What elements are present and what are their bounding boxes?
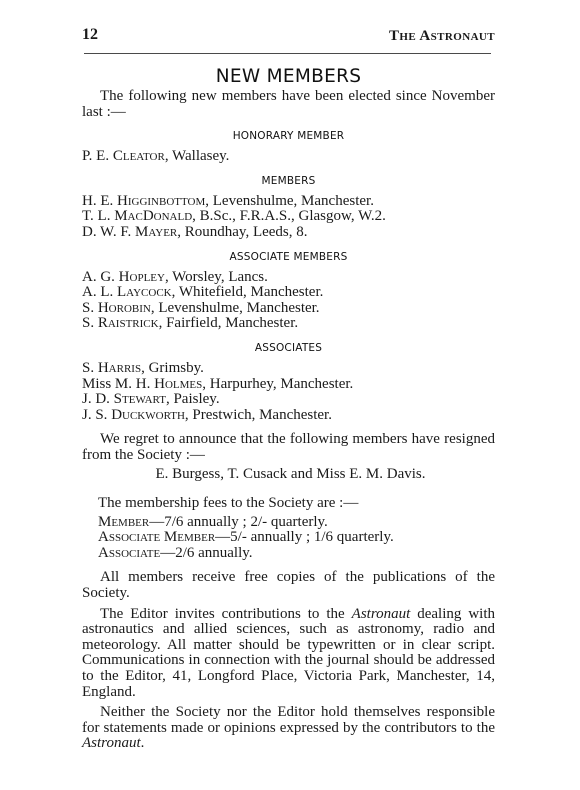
section-heading: HONORARY MEMBER [82,130,495,143]
member-entry: D. W. F. Mayer, Roundhay, Leeds, 8. [82,225,495,241]
member-surname: Horobin [98,300,151,316]
fee-category: Associate [98,545,160,561]
article: NEW MEMBERS The following new members ha… [82,66,495,752]
member-entry: A. G. Hopley, Worsley, Lancs. [82,270,495,286]
member-details: , Paisley. [166,391,220,407]
member-details: , Whitefield, Manchester. [172,284,324,300]
publications-note: All members receive free copies of the p… [82,570,495,601]
member-details: , Levenshulme, Manchester. [151,300,320,316]
fee-list: Member—7/6 annually ; 2/- quarterly. Ass… [82,515,495,562]
fee-entry: Associate Member—5/- annually ; 1/6 quar… [98,530,495,546]
disclaimer: Neither the Society nor the Editor hold … [82,705,495,752]
member-surname: Raistrick [98,315,159,331]
section-heading: ASSOCIATES [82,342,495,355]
disclaimer-text: . [141,735,145,751]
member-surname: Hopley [119,269,165,285]
section-honorary-member: HONORARY MEMBER P. E. Cleator, Wallasey. [82,130,495,165]
fee-amount: —7/6 annually ; 2/- quarterly. [149,514,328,530]
fee-entry: Member—7/6 annually ; 2/- quarterly. [98,515,495,531]
member-entry: S. Horobin, Levenshulme, Manchester. [82,301,495,317]
member-surname: Stewart [114,391,166,407]
member-initials: P. E. [82,148,113,164]
member-entry: T. L. MacDonald, B.Sc., F.R.A.S., Glasgo… [82,209,495,225]
page-number: 12 [82,26,98,44]
member-surname: Holmes [154,376,202,392]
member-surname: Duckworth [111,407,185,423]
member-details: , Harpurhey, Manchester. [202,376,353,392]
member-initials: J. D. [82,391,114,407]
journal-title: The Astronaut [389,28,495,45]
journal-name-italic: Astronaut [82,735,141,751]
member-entry: S. Harris, Grimsby. [82,361,495,377]
intro-paragraph: The following new members have been elec… [82,89,495,120]
header-rule [84,53,491,54]
member-list: P. E. Cleator, Wallasey. [82,149,495,165]
member-surname: Harris [98,360,141,376]
fee-amount: —5/- annually ; 1/6 quarterly. [215,529,394,545]
member-initials: J. S. [82,407,111,423]
member-initials: A. L. [82,284,117,300]
member-entry: A. L. Laycock, Whitefield, Manchester. [82,285,495,301]
member-initials: Miss M. H. [82,376,154,392]
member-entry: H. E. Higginbottom, Levenshulme, Manches… [82,194,495,210]
fee-category: Associate Member [98,529,215,545]
resignation-notice: We regret to announce that the following… [82,432,495,463]
member-initials: D. W. F. [82,224,135,240]
section-associate-members: ASSOCIATE MEMBERS A. G. Hopley, Worsley,… [82,251,495,332]
member-list: H. E. Higginbottom, Levenshulme, Manches… [82,194,495,241]
member-surname: Higginbottom [117,193,205,209]
section-associates: ASSOCIATES S. Harris, Grimsby. Miss M. H… [82,342,495,423]
member-entry: J. D. Stewart, Paisley. [82,392,495,408]
editor-note-text: The Editor invites contributions to the [100,606,352,622]
article-title: NEW MEMBERS [82,66,495,88]
journal-name-italic: Astronaut [352,606,411,622]
member-details: , Levenshulme, Manchester. [205,193,374,209]
fee-category: Member [98,514,149,530]
member-initials: S. [82,315,98,331]
member-surname: MacDonald [114,208,192,224]
member-entry: P. E. Cleator, Wallasey. [82,149,495,165]
member-initials: H. E. [82,193,117,209]
member-details: , Roundhay, Leeds, 8. [177,224,307,240]
member-details: , Wallasey. [165,148,230,164]
editor-note: The Editor invites contributions to the … [82,607,495,701]
member-entry: S. Raistrick, Fairfield, Manchester. [82,316,495,332]
member-initials: S. [82,360,98,376]
member-initials: T. L. [82,208,114,224]
member-surname: Cleator [113,148,165,164]
member-details: , Prestwich, Manchester. [185,407,332,423]
member-surname: Laycock [117,284,172,300]
fee-amount: —2/6 annually. [160,545,252,561]
member-details: , Grimsby. [141,360,204,376]
member-details: , Worsley, Lancs. [165,269,268,285]
member-list: S. Harris, Grimsby. Miss M. H. Holmes, H… [82,361,495,423]
member-entry: Miss M. H. Holmes, Harpurhey, Manchester… [82,377,495,393]
fee-entry: Associate—2/6 annually. [98,546,495,562]
disclaimer-text: Neither the Society nor the Editor hold … [82,704,495,736]
section-heading: ASSOCIATE MEMBERS [82,251,495,264]
member-list: A. G. Hopley, Worsley, Lancs. A. L. Layc… [82,270,495,332]
section-members: MEMBERS H. E. Higginbottom, Levenshulme,… [82,175,495,241]
fees-intro: The membership fees to the Society are :… [82,496,495,512]
member-details: , B.Sc., F.R.A.S., Glasgow, W.2. [192,208,386,224]
section-heading: MEMBERS [82,175,495,188]
member-entry: J. S. Duckworth, Prestwich, Manchester. [82,408,495,424]
running-head: 12 The Astronaut [82,26,495,46]
member-initials: A. G. [82,269,119,285]
resigned-members: E. Burgess, T. Cusack and Miss E. M. Dav… [82,467,495,483]
member-surname: Mayer [135,224,177,240]
member-initials: S. [82,300,98,316]
member-details: , Fairfield, Manchester. [159,315,299,331]
